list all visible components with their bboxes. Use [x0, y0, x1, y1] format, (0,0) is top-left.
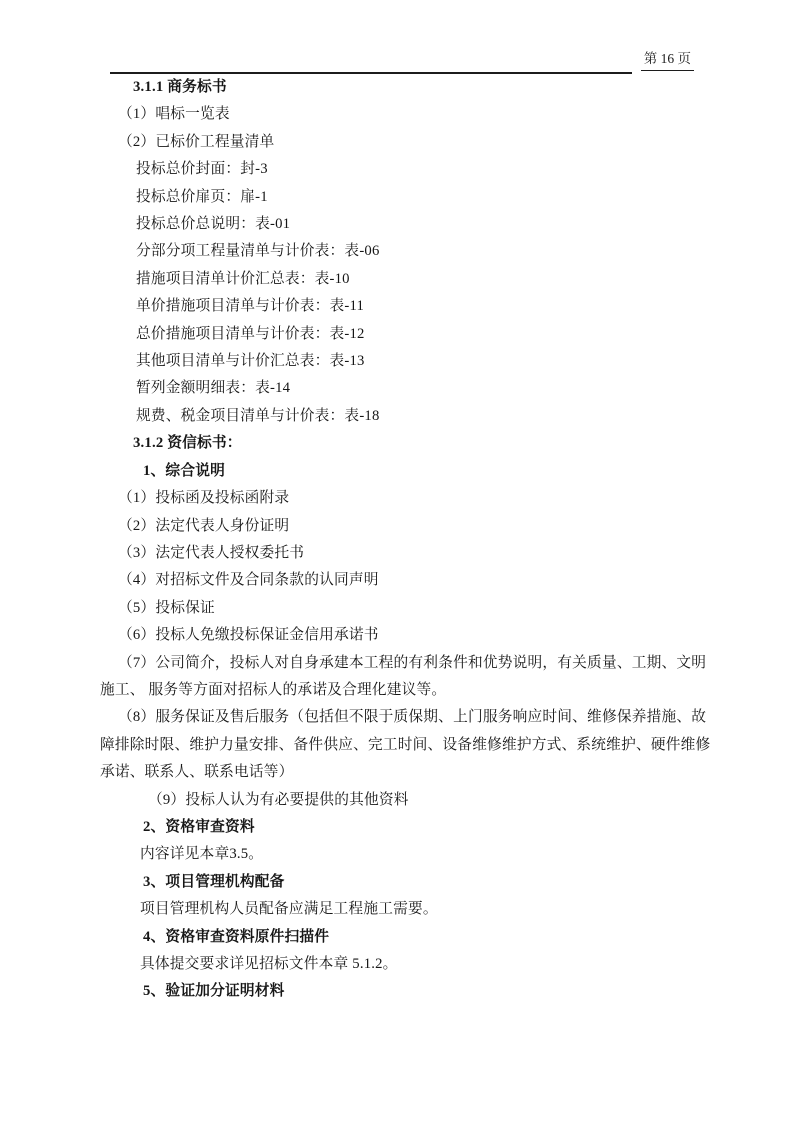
doc-line: （6）投标人免缴投标保证金信用承诺书	[100, 622, 708, 649]
doc-line: 3、项目管理机构配备	[100, 869, 708, 896]
doc-line: 投标总价封面：封-3	[100, 156, 708, 183]
doc-line: 1、综合说明	[100, 458, 708, 485]
doc-line: 障排除时限、维护力量安排、备件供应、完工时间、设备维修维护方式、系统维护、硬件维…	[100, 732, 708, 759]
doc-line: 2、资格审查资料	[100, 814, 708, 841]
doc-line: （7）公司简介，投标人对自身承建本工程的有利条件和优势说明，有关质量、工期、文明	[100, 650, 708, 677]
doc-line: 分部分项工程量清单与计价表：表-06	[100, 238, 708, 265]
doc-line: 施工、 服务等方面对招标人的承诺及合理化建议等。	[100, 677, 708, 704]
doc-line: （2）法定代表人身份证明	[100, 513, 708, 540]
page-number: 第 16 页	[641, 50, 694, 71]
doc-line: 措施项目清单计价汇总表：表-10	[100, 266, 708, 293]
doc-line: （1）唱标一览表	[100, 101, 708, 128]
doc-line: 项目管理机构人员配备应满足工程施工需要。	[100, 896, 708, 923]
doc-line: 其他项目清单与计价汇总表：表-13	[100, 348, 708, 375]
doc-line: 3.1.2 资信标书：	[100, 430, 708, 457]
doc-line: （8）服务保证及售后服务（包括但不限于质保期、上门服务响应时间、维修保养措施、故	[100, 704, 708, 731]
doc-line: 单价措施项目清单与计价表：表-11	[100, 293, 708, 320]
doc-line: （9）投标人认为有必要提供的其他资料	[100, 787, 708, 814]
doc-line: 投标总价总说明：表-01	[100, 211, 708, 238]
document-body: 3.1.1 商务标书（1）唱标一览表（2）已标价工程量清单投标总价封面：封-3投…	[100, 74, 708, 1006]
doc-line: （2）已标价工程量清单	[100, 129, 708, 156]
doc-line: 投标总价扉页：扉-1	[100, 184, 708, 211]
doc-line: 暂列金额明细表：表-14	[100, 375, 708, 402]
doc-line: （3）法定代表人授权委托书	[100, 540, 708, 567]
doc-line: 内容详见本章3.5。	[100, 841, 708, 868]
doc-line: 具体提交要求详见招标文件本章 5.1.2。	[100, 951, 708, 978]
doc-line: （1）投标函及投标函附录	[100, 485, 708, 512]
doc-line: （5）投标保证	[100, 595, 708, 622]
doc-line: 4、资格审查资料原件扫描件	[100, 924, 708, 951]
doc-line: 承诺、联系人、联系电话等）	[100, 759, 708, 786]
doc-line: 总价措施项目清单与计价表：表-12	[100, 321, 708, 348]
doc-line: 5、验证加分证明材料	[100, 978, 708, 1005]
doc-line: 3.1.1 商务标书	[100, 74, 708, 101]
doc-line: 规费、税金项目清单与计价表：表-18	[100, 403, 708, 430]
doc-line: （4）对招标文件及合同条款的认同声明	[100, 567, 708, 594]
document-page: 第 16 页 3.1.1 商务标书（1）唱标一览表（2）已标价工程量清单投标总价…	[0, 0, 793, 1122]
